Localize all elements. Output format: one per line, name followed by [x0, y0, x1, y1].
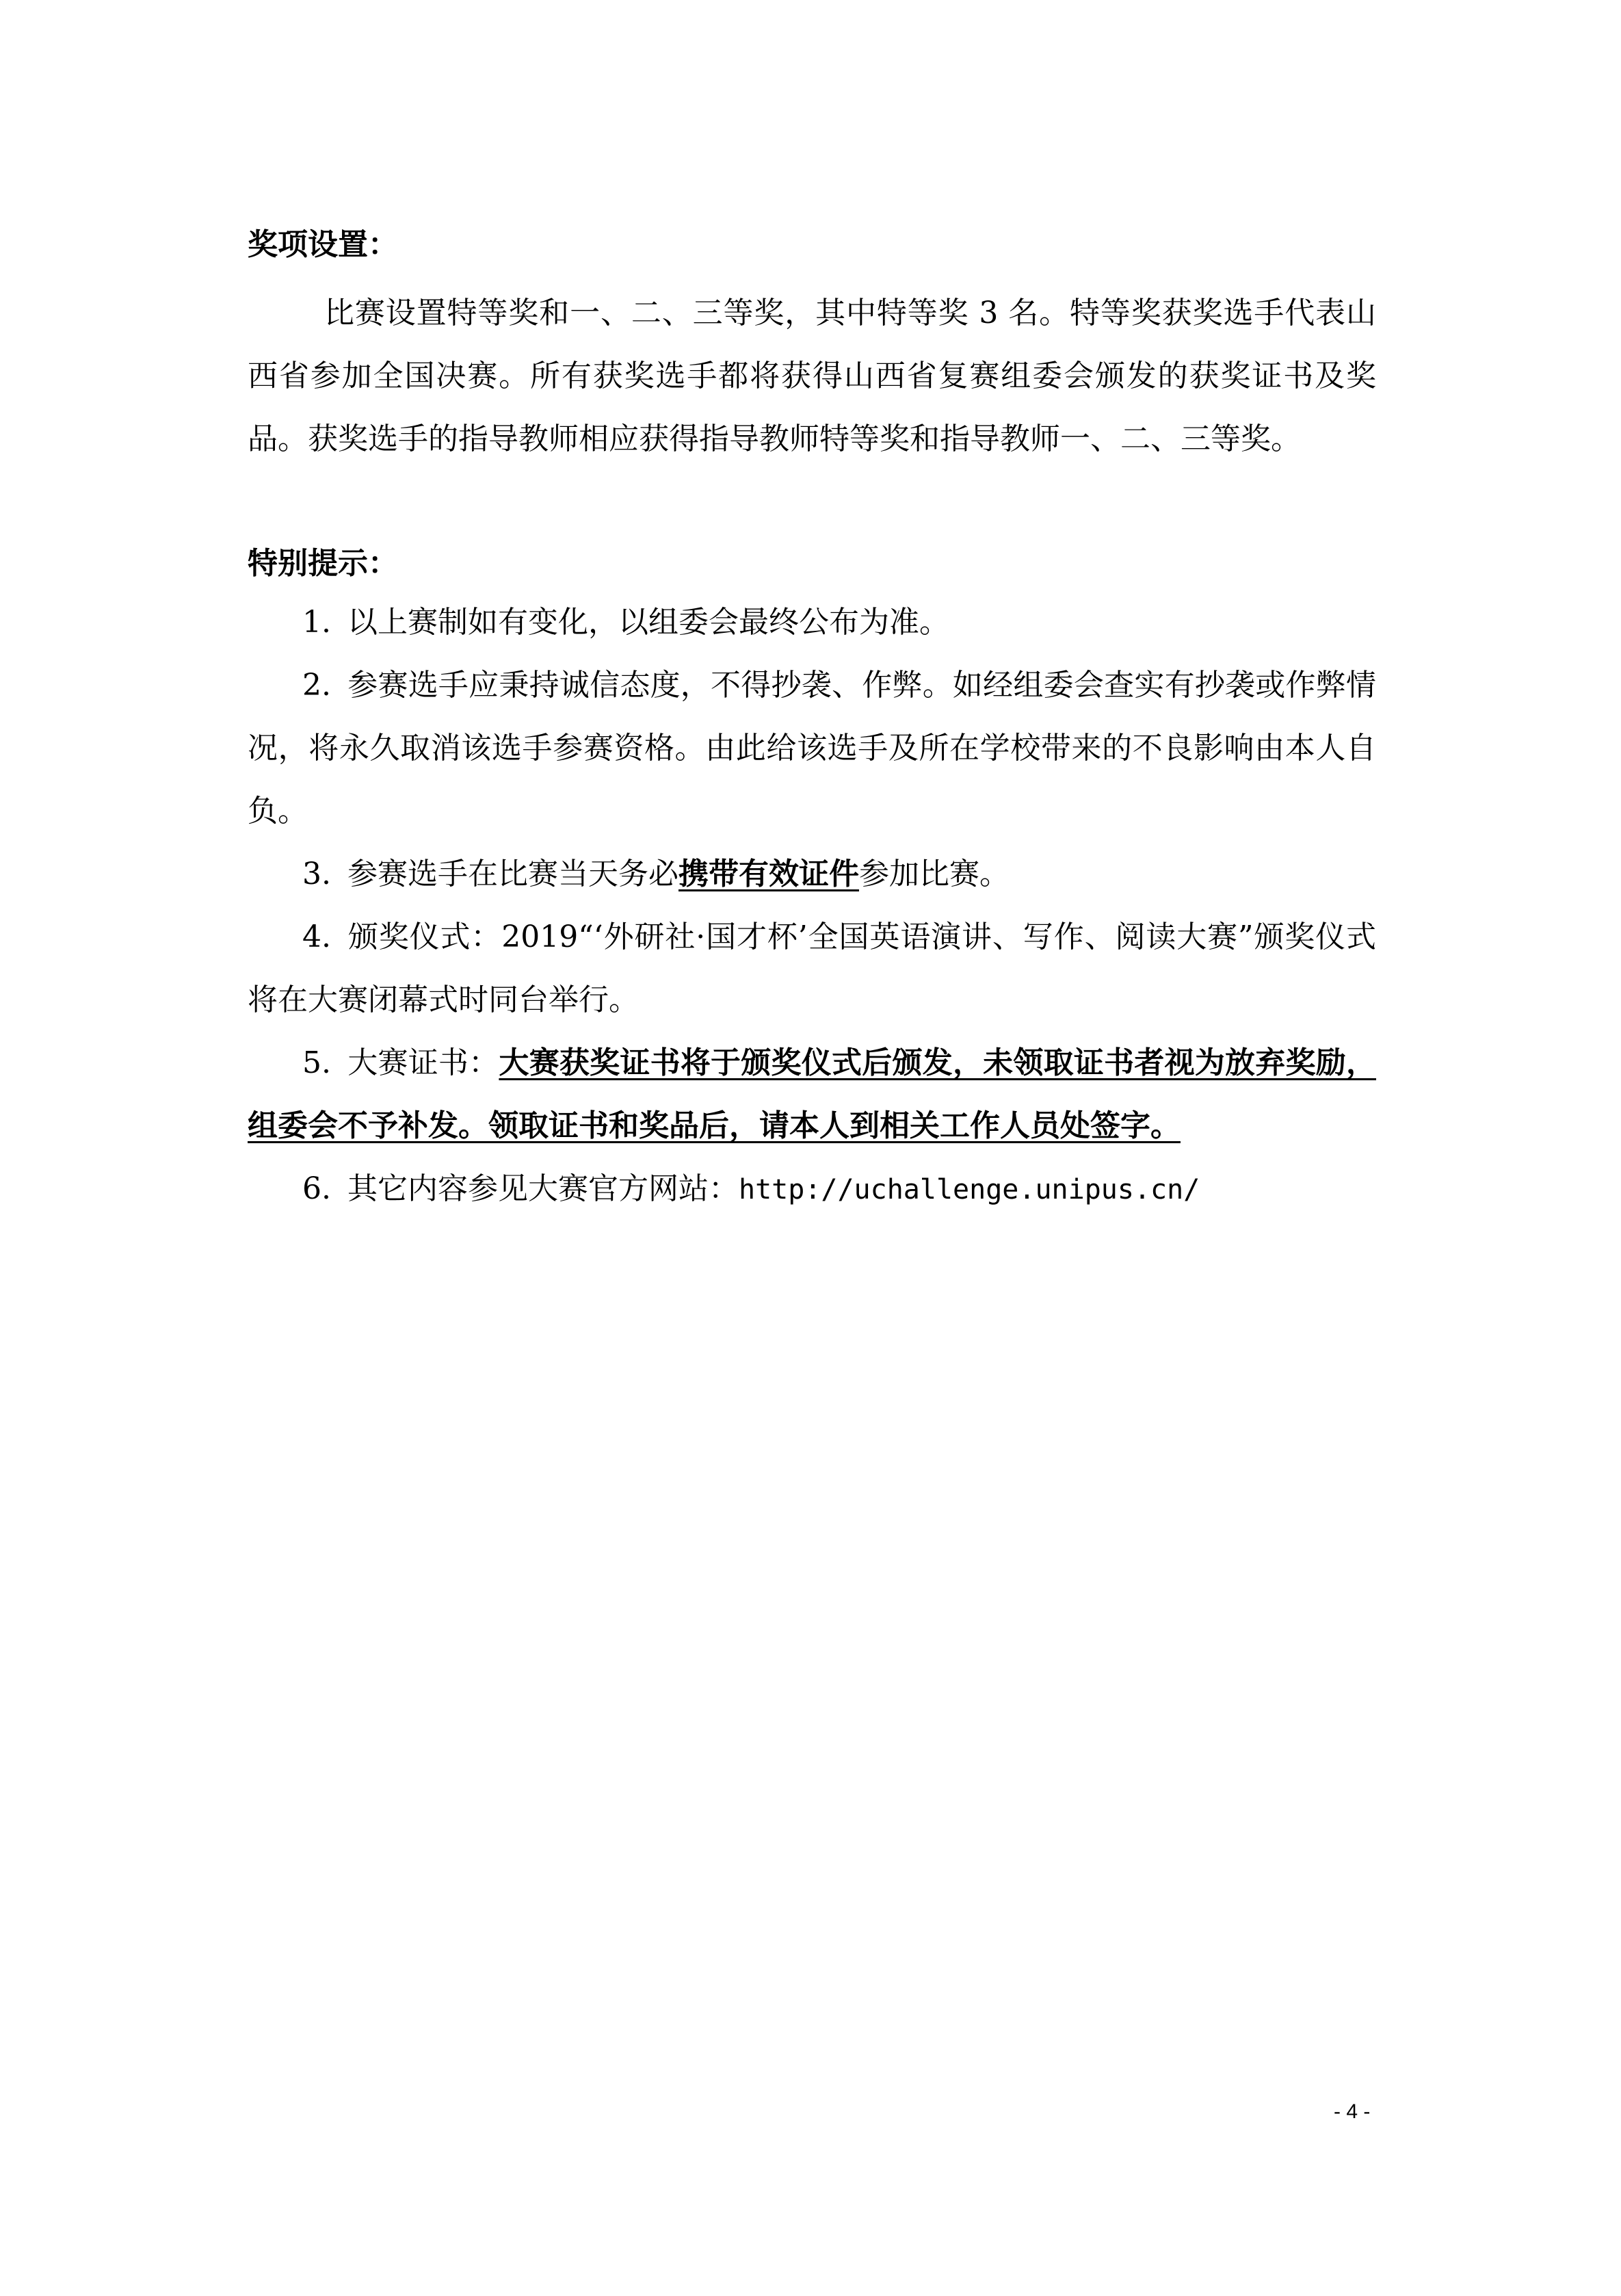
- awards-heading: 奖项设置：: [248, 218, 1376, 272]
- note-item-4: 4.颁奖仪式：2019“‘外研社·国才杯’全国英语演讲、写作、阅读大赛”颁奖仪式…: [248, 906, 1376, 1032]
- note-text-post: 参加比赛。: [859, 857, 1010, 891]
- note-number: 3.: [302, 857, 331, 891]
- website-link[interactable]: http://uchallenge.unipus.cn/: [739, 1174, 1200, 1205]
- note-text: 参赛选手应秉持诚信态度，不得抄袭、作弊。如经组委会查实有抄袭或作弊情况，将永久取…: [248, 668, 1376, 829]
- notes-heading: 特别提示：: [248, 536, 1376, 591]
- note-text-pre: 其它内容参见大赛官方网站：: [347, 1171, 739, 1206]
- note-item-3: 3.参赛选手在比赛当天务必携带有效证件参加比赛。: [248, 843, 1376, 906]
- note-number: 1.: [302, 605, 331, 640]
- note-text: 颁奖仪式：2019“‘外研社·国才杯’全国英语演讲、写作、阅读大赛”颁奖仪式将在…: [248, 919, 1376, 1017]
- note-text-pre: 参赛选手在比赛当天务必: [347, 857, 678, 891]
- note-item-6: 6.其它内容参见大赛官方网站：http://uchallenge.unipus.…: [248, 1158, 1376, 1221]
- note-number: 6.: [302, 1171, 331, 1206]
- note-item-2: 2.参赛选手应秉持诚信态度，不得抄袭、作弊。如经组委会查实有抄袭或作弊情况，将永…: [248, 654, 1376, 843]
- note-item-5: 5.大赛证书：大赛获奖证书将于颁奖仪式后颁发，未领取证书者视为放弃奖励，组委会不…: [248, 1032, 1376, 1158]
- page-number: - 4 -: [1334, 2100, 1370, 2124]
- page-content: 奖项设置： 比赛设置特等奖和一、二、三等奖，其中特等奖 3 名。特等奖获奖选手代…: [248, 218, 1376, 1221]
- section-spacer: [248, 471, 1376, 536]
- note-number: 5.: [302, 1045, 331, 1080]
- note-text-pre: 大赛证书：: [347, 1045, 499, 1080]
- emphasized-text: 携带有效证件: [678, 857, 859, 891]
- note-item-1: 1.以上赛制如有变化，以组委会最终公布为准。: [248, 591, 1376, 654]
- note-text: 以上赛制如有变化，以组委会最终公布为准。: [347, 605, 949, 640]
- awards-paragraph: 比赛设置特等奖和一、二、三等奖，其中特等奖 3 名。特等奖获奖选手代表山西省参加…: [248, 282, 1376, 471]
- note-number: 2.: [302, 668, 331, 703]
- document-page: 奖项设置： 比赛设置特等奖和一、二、三等奖，其中特等奖 3 名。特等奖获奖选手代…: [0, 0, 1621, 2296]
- note-number: 4.: [302, 919, 331, 954]
